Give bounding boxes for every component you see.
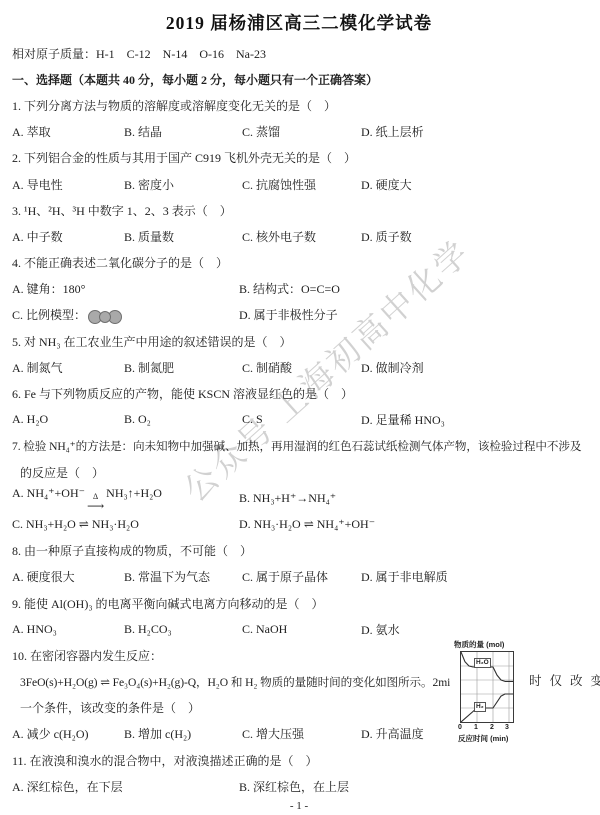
question-4-options-row1: A. 键角：180° B. 结构式：O=C=O: [12, 276, 586, 302]
chart-plot-area: H₂O H₂: [460, 651, 514, 723]
question-4-option-c: C. 比例模型：: [12, 306, 239, 323]
chart-xtick-3: 3: [505, 723, 509, 732]
question-2-option-d: D. 硬度大: [361, 176, 412, 193]
series-label-h2o: H₂O: [474, 658, 491, 668]
question-3-text: 3. ¹H、²H、³H 中数字 1、2、3 表示（ ）: [12, 197, 586, 223]
question-7-option-a-products: NH₃↑+H₂O: [106, 486, 162, 500]
question-7-text-line2: 的反应是（ ）: [12, 459, 586, 485]
question-1-option-b: B. 结晶: [124, 123, 242, 140]
question-3-option-a: A. 中子数: [12, 228, 124, 245]
question-2-text: 2. 下列铝合金的性质与其用于国产 C919 飞机外壳无关的是（ ）: [12, 145, 586, 171]
model-atom-circle: [99, 311, 111, 323]
chart-y-axis-label: 物质的量 (mol): [454, 640, 514, 650]
co2-space-filling-model: [88, 310, 122, 324]
question-9-text: 9. 能使 Al(OH)₃ 的电离平衡向碱式电离方向移动的是（ ）: [12, 590, 586, 616]
question-1-option-c: C. 蒸馏: [242, 123, 361, 140]
question-9-option-c: C. NaOH: [242, 622, 361, 637]
atomic-masses-line: 相对原子质量：H-1 C-12 N-14 O-16 Na-23: [12, 40, 586, 66]
question-7-options-row2: C. NH₃+H₂O ⇌ NH₃·H₂O D. NH₃·H₂O ⇌ NH₄⁺+O…: [12, 511, 586, 537]
question-5-option-c: C. 制硝酸: [242, 359, 361, 376]
question-8-option-b: B. 常温下为气态: [124, 568, 242, 585]
question-6-text: 6. Fe 与下列物质反应的产物，能使 KSCN 溶液显红色的是（ ）: [12, 380, 586, 406]
question-3-option-b: B. 质量数: [124, 228, 242, 245]
question-1-text: 1. 下列分离方法与物质的溶解度或溶解度变化无关的是（ ）: [12, 92, 586, 118]
exam-paper-page: 公众号 上海初高中化学 2019 届杨浦区高三二模化学试卷 相对原子质量：H-1…: [0, 0, 600, 815]
question-5-options: A. 制氮气 B. 制氮肥 C. 制硝酸 D. 做制冷剂: [12, 354, 586, 380]
question-7-option-d: D. NH₃·H₂O ⇌ NH₄⁺+OH⁻: [239, 517, 375, 532]
question-2-option-c: C. 抗腐蚀性强: [242, 176, 361, 193]
question-2-option-b: B. 密度小: [124, 176, 242, 193]
question-5-option-a: A. 制氮气: [12, 359, 124, 376]
section-header: 一、选择题（本题共 40 分，每小题 2 分，每小题只有一个正确答案）: [12, 66, 586, 92]
question-11-text: 11. 在液溴和溴水的混合物中，对液溴描述正确的是（ ）: [12, 747, 586, 773]
question-10-option-b: B. 增加 c(H₂): [124, 725, 242, 742]
question-9-option-a: A. HNO₃: [12, 622, 124, 637]
question-8-option-c: C. 属于原子晶体: [242, 568, 361, 585]
question-5-text: 5. 对 NH₃ 在工农业生产中用途的叙述错误的是（ ）: [12, 328, 586, 354]
question-6-option-d: D. 足量稀 HNO₃: [361, 411, 445, 428]
question-10-option-a: A. 减少 c(H₂O): [12, 725, 124, 742]
question-7-option-a: A. NH₄⁺+OH⁻Δ⟶NH₃↑+H₂O: [12, 486, 239, 511]
reaction-arrow-with-delta: Δ⟶: [87, 493, 104, 511]
chart-x-axis-label: 反应时间 (min): [458, 733, 514, 744]
question-8-options: A. 硬度很大 B. 常温下为气态 C. 属于原子晶体 D. 属于非电解质: [12, 564, 586, 590]
chart-xtick-0: 0: [458, 723, 462, 732]
question-11-option-b: B. 深红棕色，在上层: [239, 778, 349, 795]
question-4-option-a: A. 键角：180°: [12, 280, 239, 297]
question-4-option-b: B. 结构式：O=C=O: [239, 280, 340, 297]
question-1-option-a: A. 萃取: [12, 123, 124, 140]
question-1-option-d: D. 纸上层析: [361, 123, 424, 140]
question-9-options: A. HNO₃ B. H₂CO₃ C. NaOH D. 氨水: [12, 616, 586, 642]
question-2-options: A. 导电性 B. 密度小 C. 抗腐蚀性强 D. 硬度大: [12, 171, 586, 197]
chart-xtick-2: 2: [490, 723, 494, 732]
question-7-option-b: B. NH₃+H⁺→NH₄⁺: [239, 491, 336, 506]
question-11-option-a: A. 深红棕色，在下层: [12, 778, 239, 795]
question-11-options: A. 深红棕色，在下层 B. 深红棕色，在上层: [12, 773, 586, 799]
question-4-options-row2: C. 比例模型： D. 属于非极性分子: [12, 302, 586, 328]
page-title: 2019 届杨浦区高三二模化学试卷: [12, 8, 586, 40]
question-7-text-line1: 7. 检验 NH₄⁺的方法是：向未知物中加强碱、加热，再用湿润的红色石蕊试纸检测…: [12, 433, 586, 459]
question-1-options: A. 萃取 B. 结晶 C. 蒸馏 D. 纸上层析: [12, 119, 586, 145]
question-9-option-b: B. H₂CO₃: [124, 622, 242, 637]
question-3-option-d: D. 质子数: [361, 228, 412, 245]
question-3-option-c: C. 核外电子数: [242, 228, 361, 245]
q10-beside-figure-text: 时仅改变: [529, 671, 600, 689]
question-6-option-b: B. O₂: [124, 412, 242, 427]
question-9-option-d: D. 氨水: [361, 621, 400, 638]
question-8-option-a: A. 硬度很大: [12, 568, 124, 585]
question-3-options: A. 中子数 B. 质量数 C. 核外电子数 D. 质子数: [12, 223, 586, 249]
question-4-option-d: D. 属于非极性分子: [239, 306, 338, 323]
question-5-option-d: D. 做制冷剂: [361, 359, 424, 376]
question-6-option-c: C. S: [242, 412, 361, 427]
series-label-h2: H₂: [474, 702, 486, 712]
question-10-option-d: D. 升高温度: [361, 725, 424, 742]
page-number: - 1 -: [12, 799, 586, 813]
question-2-option-a: A. 导电性: [12, 176, 124, 193]
question-6-options: A. H₂O B. O₂ C. S D. 足量稀 HNO₃: [12, 407, 586, 433]
question-6-option-a: A. H₂O: [12, 412, 124, 427]
question-4-option-c-label: C. 比例模型：: [12, 308, 86, 322]
question-10-option-c: C. 增大压强: [242, 725, 361, 742]
chart-xtick-1: 1: [474, 723, 478, 732]
question-4-text: 4. 不能正确表述二氧化碳分子的是（ ）: [12, 250, 586, 276]
q10-figure: 物质的量 (mol) H₂O H₂ 0 1 2 3 反应时间 (min): [450, 640, 514, 744]
right-arrow-icon: ⟶: [87, 501, 104, 511]
question-8-text: 8. 由一种原子直接构成的物质，不可能（ ）: [12, 538, 586, 564]
chart-x-ticks: 0 1 2 3: [460, 723, 514, 732]
question-8-option-d: D. 属于非电解质: [361, 568, 448, 585]
question-7-options-row1: A. NH₄⁺+OH⁻Δ⟶NH₃↑+H₂O B. NH₃+H⁺→NH₄⁺: [12, 485, 586, 511]
question-7-option-a-reactants: A. NH₄⁺+OH⁻: [12, 486, 85, 500]
question-7-option-c: C. NH₃+H₂O ⇌ NH₃·H₂O: [12, 517, 239, 532]
question-5-option-b: B. 制氮肥: [124, 359, 242, 376]
